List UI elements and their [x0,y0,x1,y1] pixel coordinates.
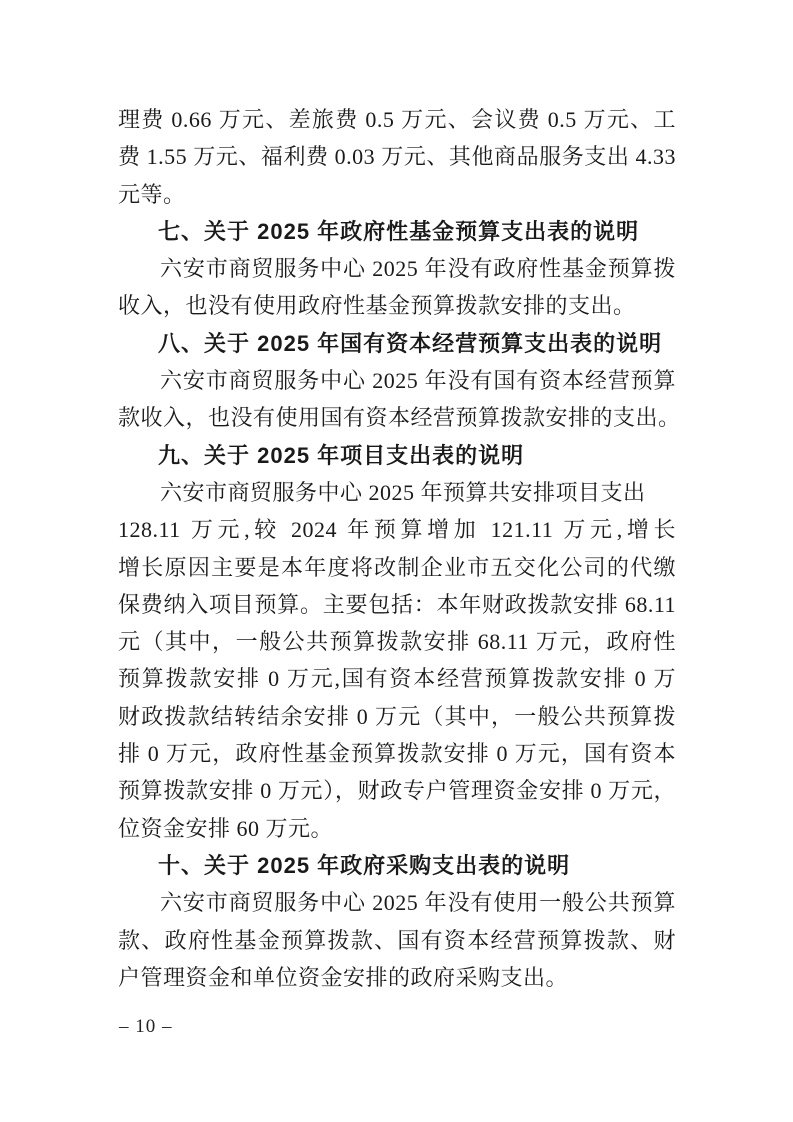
section-heading: 八、关于 2025 年国有资本经营预算支出表的说明 [118,325,676,362]
text-line: 排 0 万元，政府性基金预算拨款安排 0 万元，国有资本经营 [118,735,676,772]
text-line: 六安市商贸服务中心 2025 年预算共安排项目支出 [118,474,676,511]
text-line: 财政拨款结转结余安排 0 万元（其中，一般公共预算拨款安 [118,698,676,735]
text-line: 六安市商贸服务中心 2025 年没有国有资本经营预算拨 [118,362,676,399]
section-heading: 七、关于 2025 年政府性基金预算支出表的说明 [118,213,676,250]
text-line: 款、政府性基金预算拨款、国有资本经营预算拨款、财政专 [118,922,676,959]
text-line: 增长原因主要是本年度将改制企业市五交化公司的代缴社 [118,549,676,586]
text-line: 理费 0.66 万元、差旅费 0.5 万元、会议费 0.5 万元、工会经 [118,101,676,138]
text-line: 费 1.55 万元、福利费 0.03 万元、其他商品服务支出 4.33 万 [118,138,676,175]
document-page: { "page": { "background": "#ffffff", "te… [0,0,793,1122]
text-line: 位资金安排 60 万元。 [118,810,676,847]
text-line: 保费纳入项目预算。主要包括：本年财政拨款安排 68.11 万 [118,586,676,623]
text-line: 128.11 万元,较 2024 年预算增加 121.11 万元,增长 1830… [118,511,676,548]
text-line: 元（其中，一般公共预算拨款安排 68.11 万元，政府性基金 [118,623,676,660]
page-number: – 10 – [119,1013,173,1041]
page-background: 理费 0.66 万元、差旅费 0.5 万元、会议费 0.5 万元、工会经费 1.… [0,0,793,1122]
text-line: 预算拨款安排 0 万元），财政专户管理资金安排 0 万元，单 [118,772,676,809]
text-line: 户管理资金和单位资金安排的政府采购支出。 [118,959,676,996]
text-line: 收入，也没有使用政府性基金预算拨款安排的支出。 [118,287,676,324]
text-content: 理费 0.66 万元、差旅费 0.5 万元、会议费 0.5 万元、工会经费 1.… [118,101,676,996]
section-heading: 十、关于 2025 年政府采购支出表的说明 [118,847,676,884]
text-line: 款收入，也没有使用国有资本经营预算拨款安排的支出。 [118,399,676,436]
section-heading: 九、关于 2025 年项目支出表的说明 [118,437,676,474]
text-line: 六安市商贸服务中心 2025 年没有政府性基金预算拨款 [118,250,676,287]
text-line: 元等。 [118,176,676,213]
text-line: 六安市商贸服务中心 2025 年没有使用一般公共预算拨 [118,884,676,921]
text-line: 预算拨款安排 0 万元,国有资本经营预算拨款安排 0 万元）, [118,660,676,697]
